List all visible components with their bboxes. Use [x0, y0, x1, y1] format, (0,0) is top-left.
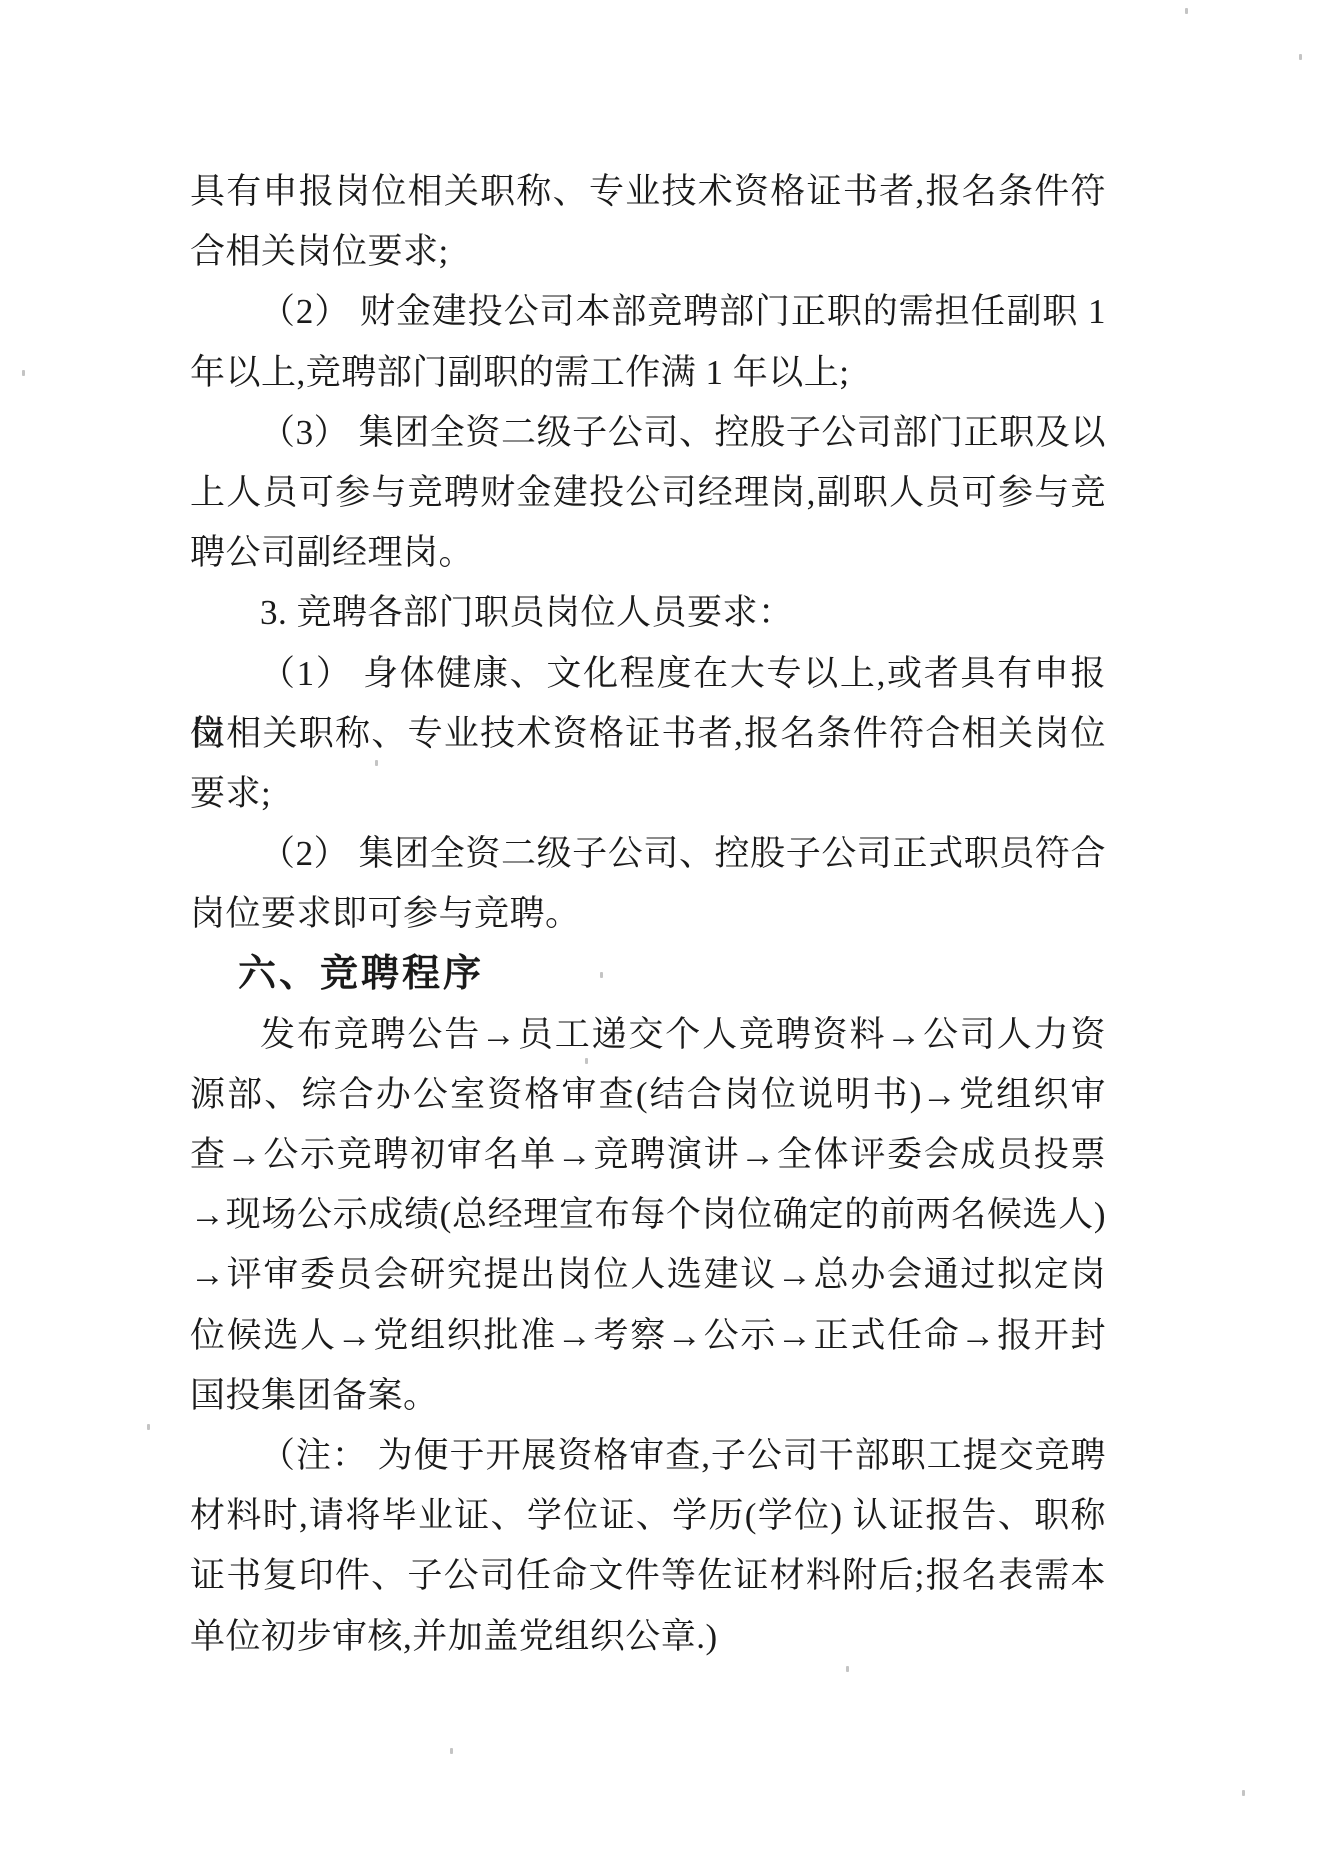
text-line: 位候选人→党组织批准→考察→公示→正式任命→报开封 — [190, 1306, 1106, 1366]
scan-speck — [147, 1424, 150, 1430]
text-line: （2） 集团全资二级子公司、控股子公司正式职员符合 — [190, 824, 1106, 884]
section-heading: 六、竞聘程序 — [190, 944, 1106, 1004]
text-line: 源部、综合办公室资格审查(结合岗位说明书)→党组织审 — [190, 1065, 1106, 1125]
scan-speck — [1242, 1790, 1245, 1796]
text-line: （1） 身体健康、文化程度在大专以上,或者具有申报岗 — [190, 644, 1106, 704]
text-line: 要求; — [190, 764, 1106, 824]
text-line: （注： 为便于开展资格审查,子公司干部职工提交竞聘 — [190, 1426, 1106, 1486]
scan-speck — [450, 1748, 453, 1754]
text-line: 岗位要求即可参与竞聘。 — [190, 884, 1106, 944]
text-line: 查→公示竞聘初审名单→竞聘演讲→全体评委会成员投票 — [190, 1125, 1106, 1185]
text-line: 证书复印件、子公司任命文件等佐证材料附后;报名表需本 — [190, 1546, 1106, 1606]
text-line: 单位初步审核,并加盖党组织公章.) — [190, 1607, 1106, 1667]
text-line: （3） 集团全资二级子公司、控股子公司部门正职及以 — [190, 403, 1106, 463]
scan-speck — [1185, 8, 1188, 14]
text-line: 上人员可参与竞聘财金建投公司经理岗,副职人员可参与竞 — [190, 463, 1106, 523]
scan-speck — [585, 1058, 588, 1064]
scan-speck — [600, 972, 603, 978]
text-line: （2） 财金建投公司本部竞聘部门正职的需担任副职 1 — [190, 282, 1106, 342]
text-line: →评审委员会研究提出岗位人选建议→总办会通过拟定岗 — [190, 1245, 1106, 1305]
text-line: 聘公司副经理岗。 — [190, 523, 1106, 583]
text-line: 发布竞聘公告→员工递交个人竞聘资料→公司人力资 — [190, 1005, 1106, 1065]
document-page: 具有申报岗位相关职称、专业技术资格证书者,报名条件符 合相关岗位要求; （2） … — [0, 0, 1325, 1870]
text-line: 3. 竞聘各部门职员岗位人员要求： — [190, 583, 1106, 643]
text-line: 国投集团备案。 — [190, 1366, 1106, 1426]
text-line: 具有申报岗位相关职称、专业技术资格证书者,报名条件符 — [190, 162, 1106, 222]
text-column: 具有申报岗位相关职称、专业技术资格证书者,报名条件符 合相关岗位要求; （2） … — [190, 162, 1106, 1667]
scan-speck — [846, 1666, 849, 1672]
text-line: 材料时,请将毕业证、学位证、学历(学位) 认证报告、职称 — [190, 1486, 1106, 1546]
scan-speck — [22, 370, 25, 376]
scan-speck — [1299, 54, 1302, 60]
text-line: 位相关职称、专业技术资格证书者,报名条件符合相关岗位 — [190, 704, 1106, 764]
text-line: →现场公示成绩(总经理宣布每个岗位确定的前两名候选人) — [190, 1185, 1106, 1245]
text-line: 合相关岗位要求; — [190, 222, 1106, 282]
scan-speck — [375, 760, 378, 766]
text-line: 年以上,竞聘部门副职的需工作满 1 年以上; — [190, 343, 1106, 403]
